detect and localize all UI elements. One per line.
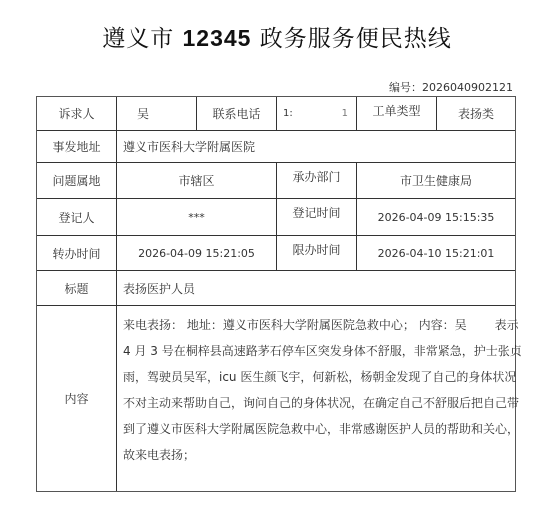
- transfer-time-label: 转办时间: [37, 236, 117, 270]
- title-number: 12345: [183, 25, 252, 51]
- row-transfer-time: 转办时间 2026-04-09 15:21:05 限办时间 2026-04-10…: [37, 236, 515, 271]
- document-title: 遵义市 12345 政务服务便民热线: [0, 20, 554, 53]
- phone-value: 1: 1: [277, 97, 357, 130]
- transfer-time-value: 2026-04-09 15:21:05: [117, 236, 277, 270]
- dept-label: 承办部门: [277, 163, 357, 198]
- row-registrar: 登记人 *** 登记时间 2026-04-09 15:15:35: [37, 199, 515, 236]
- content-line: 到了遵义市医科大学附属医院急救中心，非常感谢医护人员的帮助和关心，: [123, 416, 509, 442]
- title-suffix: 政务服务便民热线: [260, 26, 452, 52]
- deadline-value: 2026-04-10 15:21:01: [357, 236, 515, 270]
- content-line: 来电表扬： 地址：遵义市医科大学附属医院急救中心； 内容：吴表示: [123, 312, 509, 338]
- region-value: 市辖区: [117, 163, 277, 198]
- dept-value: 市卫生健康局: [357, 163, 515, 198]
- subject-value: 表扬医护人员: [117, 271, 515, 305]
- reg-time-label: 登记时间: [277, 199, 357, 235]
- ticket-type-label: 工单类型: [357, 97, 437, 130]
- content-line: 4 月 3 号在桐梓县高速路茅石停车区突发身体不舒服，非常紧急，护士张贞: [123, 338, 509, 364]
- row-address: 事发地址 遵义市医科大学附属医院: [37, 131, 515, 163]
- phone-label: 联系电话: [197, 97, 277, 130]
- row-region: 问题属地 市辖区 承办部门 市卫生健康局: [37, 163, 515, 199]
- requester-value: 吴: [117, 97, 197, 130]
- region-label: 问题属地: [37, 163, 117, 198]
- title-prefix: 遵义市: [102, 26, 174, 52]
- phone-value-start: 1:: [283, 108, 293, 119]
- content-body: 来电表扬： 地址：遵义市医科大学附属医院急救中心； 内容：吴表示 4 月 3 号…: [117, 306, 515, 491]
- reg-time-value: 2026-04-09 15:15:35: [357, 199, 515, 235]
- address-label: 事发地址: [37, 131, 117, 162]
- registrar-label: 登记人: [37, 199, 117, 235]
- row-subject: 标题 表扬医护人员: [37, 271, 515, 306]
- row-requester: 诉求人 吴 联系电话 1: 1 工单类型 表扬类: [37, 97, 515, 131]
- registrar-value: ***: [117, 199, 277, 235]
- content-line: 不对主动来帮助自己，询问自己的身体状况，在确定自己不舒服后把自己带: [123, 390, 509, 416]
- address-value: 遵义市医科大学附属医院: [117, 131, 515, 162]
- ticket-type-value: 表扬类: [437, 97, 515, 130]
- content-line: 故来电表扬；: [123, 442, 509, 468]
- serial-value: 2026040902121: [422, 81, 513, 94]
- phone-value-end: 1: [342, 108, 356, 119]
- subject-label: 标题: [37, 271, 117, 305]
- content-line: 雨，驾驶员吴军，icu 医生颜飞宇，何新松，杨朝金发现了自己的身体状况: [123, 364, 509, 390]
- deadline-label: 限办时间: [277, 236, 357, 270]
- row-content: 内容 来电表扬： 地址：遵义市医科大学附属医院急救中心； 内容：吴表示 4 月 …: [37, 306, 515, 491]
- ticket-form-table: 诉求人 吴 联系电话 1: 1 工单类型 表扬类 事发地址 遵义市医科大学附属医…: [36, 96, 516, 492]
- serial-number: 编号：2026040902121: [389, 79, 513, 95]
- content-label: 内容: [37, 306, 117, 491]
- requester-label: 诉求人: [37, 97, 117, 130]
- serial-label: 编号：: [389, 81, 422, 94]
